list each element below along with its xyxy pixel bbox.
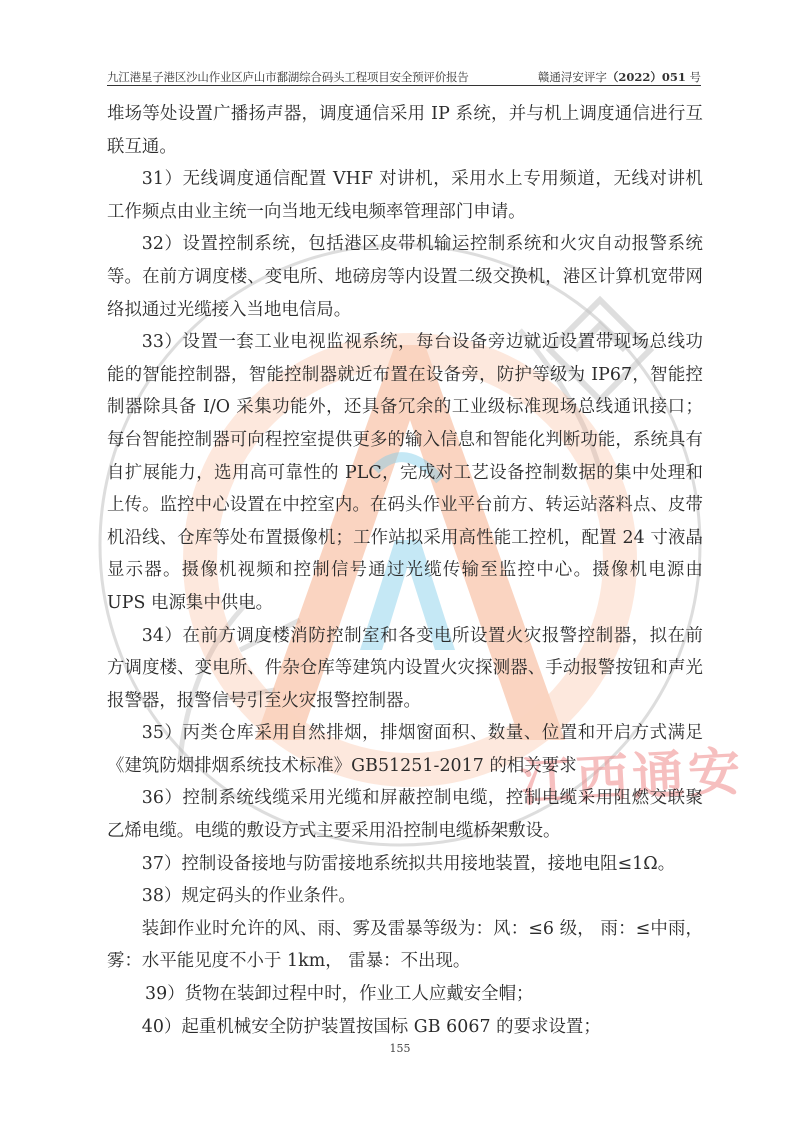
header-doc-suffix: 号 [686,70,701,84]
paragraph-item-37: 37）控制设备接地与防雷接地系统拟共用接地装置，接地电阻≤1Ω。 [107,848,703,881]
paragraph-item-33: 33）设置一套工业电视监视系统，每台设备旁边就近设置带现场总线功能的智能控制器，… [107,326,703,619]
paragraph-item-36: 36）控制系统线缆采用光缆和屏蔽控制电缆，控制电缆采用阻燃交联聚乙烯电缆。电缆的… [107,782,703,847]
header-doc-prefix: 赣通浔安评字 [538,70,607,84]
paragraph-item-34: 34）在前方调度楼消防控制室和各变电所设置火灾报警控制器，拟在前方调度楼、变电所… [107,620,703,718]
paragraph-item-32: 32）设置控制系统，包括港区皮带机输运控制系统和火灾自动报警系统等。在前方调度楼… [107,228,703,326]
body-text: 堆场等处设置广播扬声器，调度通信采用 IP 系统，并与机上调度通信进行互联互通。… [107,98,703,1043]
header-doc-year: （2022）051 [607,70,686,84]
running-header: 九江港星子港区沙山作业区庐山市鄱湖综合码头工程项目安全预评价报告 赣通浔安评字（… [107,67,701,86]
page-number: 155 [0,1042,800,1055]
paragraph-item-35: 35）丙类仓库采用自然排烟，排烟窗面积、数量、位置和开启方式满足《建筑防烟排烟系… [107,717,703,782]
paragraph-operating-conditions: 装卸作业时允许的风、雨、雾及雷暴等级为：风：≤6 级， 雨：≤中雨，雾：水平能见… [107,913,703,978]
paragraph-item-40: 40）起重机械安全防护装置按国标 GB 6067 的要求设置； [107,1011,703,1044]
header-report-title: 九江港星子港区沙山作业区庐山市鄱湖综合码头工程项目安全预评价报告 [107,69,469,85]
paragraph-item-31: 31）无线调度通信配置 VHF 对讲机，采用水上专用频道，无线对讲机工作频点由业… [107,163,703,228]
paragraph-item-39: 39）货物在装卸过程中时，作业工人应戴安全帽； [107,978,703,1011]
document-page: 江西通安 九江港星子港区沙山作业区庐山市鄱湖综合码头工程项目安全预评价报告 赣通… [0,0,800,1131]
paragraph-continuation: 堆场等处设置广播扬声器，调度通信采用 IP 系统，并与机上调度通信进行互联互通。 [107,98,703,163]
paragraph-item-38: 38）规定码头的作业条件。 [107,880,703,913]
header-document-number: 赣通浔安评字（2022）051 号 [538,69,701,85]
